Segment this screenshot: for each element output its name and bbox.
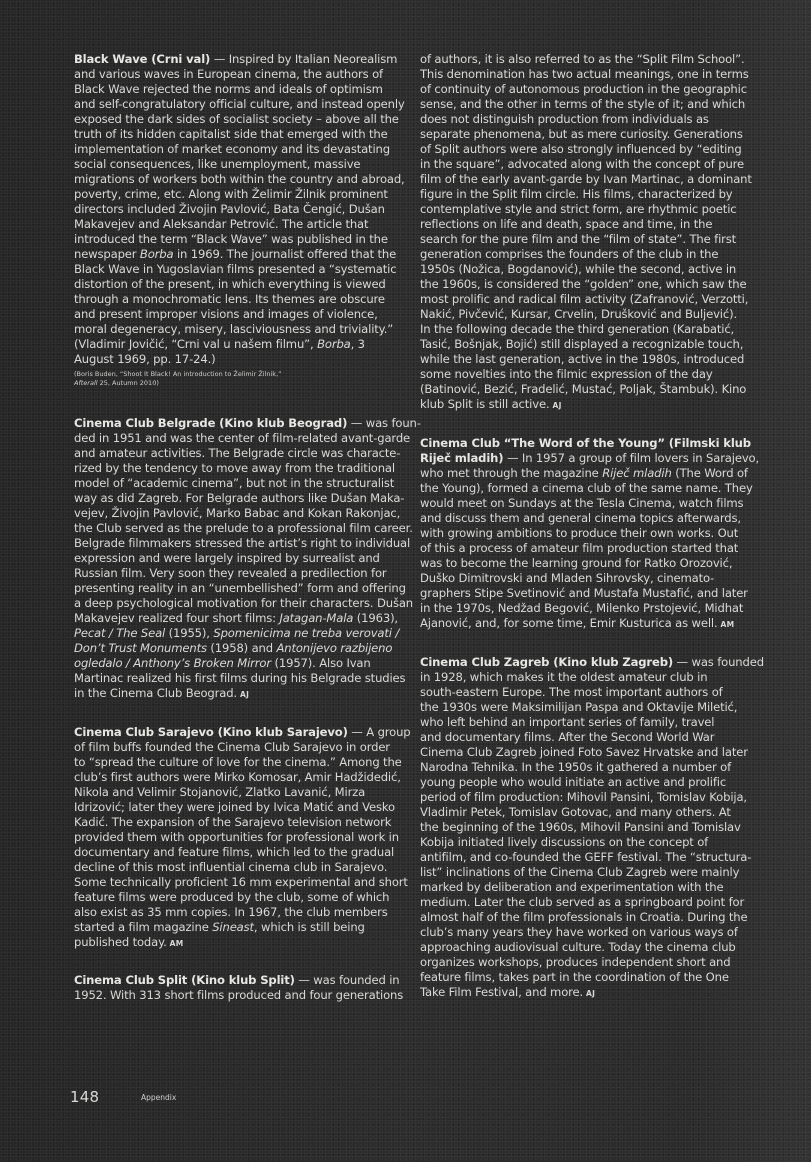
entry-line: distortion of the present, in which ever…	[74, 277, 404, 292]
entry-line: and amateur activities. The Belgrade cir…	[74, 446, 404, 461]
entry-line: and present improper visions and images …	[74, 307, 404, 322]
entry-line: almost half of the film professionals in…	[420, 910, 760, 925]
entry-line: ogledalo / Anthony’s Broken Mirror (1957…	[74, 656, 404, 671]
entry-line: a deep psychological motivation for thei…	[74, 596, 404, 611]
entry-line: Black Wave (Crni val) — Inspired by Ital…	[74, 52, 404, 67]
entry-line: club’s many years they have worked on va…	[420, 925, 760, 940]
entry-line: reflections on life and death, space and…	[420, 217, 760, 232]
citation-line: (Boris Buden, “Shoot It Black! An introd…	[74, 370, 404, 379]
entry-line: of Split authors were also strongly infl…	[420, 142, 760, 157]
entry-line: Black Wave in Yugoslavian films presente…	[74, 262, 404, 277]
entry-line: in the square”, advocated along with the…	[420, 157, 760, 172]
entry-line: antifilm, and co-founded the GEFF festiv…	[420, 850, 760, 865]
entry-line: moral degeneracy, misery, lasciviousness…	[74, 322, 404, 337]
entry-line: who met through the magazine Riječ mladi…	[420, 466, 760, 481]
source-citation: (Boris Buden, “Shoot It Black! An introd…	[74, 370, 404, 388]
entry-line: Duško Dimitrovski and Mladen Sihrovsky, …	[420, 571, 760, 586]
entry-line: Martinac realized his first films during…	[74, 671, 404, 686]
entry-line: way as did Zagreb. For Belgrade authors …	[74, 491, 404, 506]
page-number: 148	[70, 1088, 99, 1106]
entry-word-of-the-young: Cinema Club “The Word of the Young” (Fil…	[420, 436, 760, 631]
entry-line: presenting reality in an “unembellished”…	[74, 581, 404, 596]
entry-line: in 1928, which makes it the oldest amate…	[420, 670, 760, 685]
entry-line: figure in the Split film circle. His fil…	[420, 187, 760, 202]
entry-line: rized by the tendency to move away from …	[74, 461, 404, 476]
entry-line: list” inclinations of the Cinema Club Za…	[420, 865, 760, 880]
entry-line: ded in 1951 and was the center of film-r…	[74, 431, 404, 446]
entry-line: graphers Stipe Svetinović and Mustafa Mu…	[420, 586, 760, 601]
entry-line: provided them with opportunities for pro…	[74, 830, 404, 845]
entry-line: would meet on Sundays at the Tesla Cinem…	[420, 496, 760, 511]
entry-line: expression and were largely inspired by …	[74, 551, 404, 566]
entry-line: of film buffs founded the Cinema Club Sa…	[74, 740, 404, 755]
entry-line: organizes workshops, produces independen…	[420, 955, 760, 970]
entry-line: in the Cinema Club Beograd.AJ	[74, 686, 404, 701]
entry-line: This denomination has two actual meaning…	[420, 67, 760, 82]
entry-line: klub Split is still active.AJ	[420, 397, 760, 412]
entry-line: Cinema Club Split (Kino klub Split) — wa…	[74, 973, 404, 988]
italic-title: Antonijevo razbijeno	[276, 641, 392, 655]
entry-line: introduced the term “Black Wave” was pub…	[74, 232, 404, 247]
entry-line: Nakić, Pivčević, Kursar, Crvelin, Druško…	[420, 307, 760, 322]
entry-line: In the following decade the third genera…	[420, 322, 760, 337]
entry-cinema-club-sarajevo: Cinema Club Sarajevo (Kino klub Sarajevo…	[74, 725, 404, 950]
entry-line: also exist as 35 mm copies. In 1967, the…	[74, 905, 404, 920]
entry-title: Cinema Club Split (Kino klub Split)	[74, 973, 295, 987]
entry-cinema-club-belgrade: Cinema Club Belgrade (Kino klub Beograd)…	[74, 416, 404, 701]
entry-line: documentary and feature films, which led…	[74, 845, 404, 860]
entry-line: feature films, takes part in the coordin…	[420, 970, 760, 985]
left-column: Black Wave (Crni val) — Inspired by Ital…	[74, 52, 404, 1025]
entry-line: generation comprises the founders of the…	[420, 247, 760, 262]
entry-line: migrations of workers both within the co…	[74, 172, 404, 187]
entry-title: Cinema Club Sarajevo (Kino klub Sarajevo…	[74, 725, 348, 739]
author-initials: AM	[721, 620, 735, 629]
entry-line: vejev, Živojin Pavlović, Marko Babac and…	[74, 506, 404, 521]
entry-line: while the last generation, active in the…	[420, 352, 760, 367]
entry-line: Don’t Trust Monuments (1958) and Antonij…	[74, 641, 404, 656]
entry-line: medium. Later the club served as a sprin…	[420, 895, 760, 910]
entry-line: of this a process of amateur film produc…	[420, 541, 760, 556]
entry-line: club’s first authors were Mirko Komosar,…	[74, 770, 404, 785]
italic-title: Borba	[317, 337, 351, 351]
entry-line: 1952. With 313 short films produced and …	[74, 988, 404, 1003]
entry-line: Kadić. The expansion of the Sarajevo tel…	[74, 815, 404, 830]
entry-line: and documentary films. After the Second …	[420, 730, 760, 745]
entry-line: social consequences, like unemployment, …	[74, 157, 404, 172]
italic-title: Don’t Trust Monuments	[74, 641, 207, 655]
entry-line: Riječ mladih) — In 1957 a group of film …	[420, 451, 760, 466]
right-column: of authors, it is also referred to as th…	[420, 52, 760, 1022]
entry-line: of continuity of autonomous production i…	[420, 82, 760, 97]
entry-line: published today.AM	[74, 935, 404, 950]
entry-line: truth of its hidden capitalist side that…	[74, 127, 404, 142]
entry-line: Narodna Tehnika. In the 1950s it gathere…	[420, 760, 760, 775]
italic-title: Borba	[140, 247, 174, 261]
entry-line: Nikola and Velimir Stojanović, Zlatko La…	[74, 785, 404, 800]
section-label: Appendix	[141, 1093, 176, 1102]
entry-line: south-eastern Europe. The most important…	[420, 685, 760, 700]
entry-line: Cinema Club Belgrade (Kino klub Beograd)…	[74, 416, 404, 431]
italic-title: ogledalo / Anthony’s Broken Mirror	[74, 656, 271, 670]
italic-title: Pecat / The Seal	[74, 626, 165, 640]
entry-cinema-club-split-continued: of authors, it is also referred to as th…	[420, 52, 760, 412]
entry-line: search for the pure film and the “film o…	[420, 232, 760, 247]
entry-line: most prolific and radical film activity …	[420, 292, 760, 307]
entry-title: Cinema Club Zagreb (Kino klub Zagreb)	[420, 655, 673, 669]
entry-line: Belgrade filmmakers stressed the artist’…	[74, 536, 404, 551]
entry-line: does not distinguish production from ind…	[420, 112, 760, 127]
entry-line: Kobija initiated lively discussions on t…	[420, 835, 760, 850]
entry-line: to “spread the culture of love for the c…	[74, 755, 404, 770]
entry-line: Take Film Festival, and more.AJ	[420, 985, 760, 1000]
entry-line: August 1969, pp. 17-24.)	[74, 352, 404, 367]
entry-line: started a film magazine Sineast, which i…	[74, 920, 404, 935]
entry-line: film of the early avant-garde by Ivan Ma…	[420, 172, 760, 187]
entry-line: 1950s (Nožica, Bogdanović), while the se…	[420, 262, 760, 277]
entry-line: Black Wave rejected the norms and ideals…	[74, 82, 404, 97]
entry-line: with growing ambitions to produce their …	[420, 526, 760, 541]
entry-line: Ajanović, and, for some time, Emir Kustu…	[420, 616, 760, 631]
entry-cinema-club-zagreb: Cinema Club Zagreb (Kino klub Zagreb) — …	[420, 655, 760, 1000]
entry-line: and various waves in European cinema, th…	[74, 67, 404, 82]
entry-line: the Young), formed a cinema club of the …	[420, 481, 760, 496]
entry-line: Tasić, Bošnjak, Bojić) still displayed a…	[420, 337, 760, 352]
entry-line: exposed the dark sides of socialist soci…	[74, 112, 404, 127]
entry-line: the 1960s, is considered the “golden” on…	[420, 277, 760, 292]
entry-line: and self-congratulatory official culture…	[74, 97, 404, 112]
italic-title: Spomenicima ne treba verovati /	[213, 626, 399, 640]
entry-line: Cinema Club Sarajevo (Kino klub Sarajevo…	[74, 725, 404, 740]
author-initials: AJ	[240, 690, 249, 699]
entry-line: Cinema Club “The Word of the Young” (Fil…	[420, 436, 760, 451]
entry-line: feature films were produced by the club,…	[74, 890, 404, 905]
book-page: Black Wave (Crni val) — Inspired by Ital…	[0, 0, 811, 1162]
entry-line: separate phenomena, but as mere curiosit…	[420, 127, 760, 142]
italic-title: Riječ mladih	[602, 466, 671, 480]
entry-line: Some technically proficient 16 mm experi…	[74, 875, 404, 890]
entry-line: and discuss them and general cinema topi…	[420, 511, 760, 526]
entry-line: poverty, crime, etc. Along with Želimir …	[74, 187, 404, 202]
entry-line: young people who would initiate an activ…	[420, 775, 760, 790]
entry-line: Makavejev realized four short films: Jat…	[74, 611, 404, 626]
entry-line: the Club served as the prelude to a prof…	[74, 521, 404, 536]
entry-title: Riječ mladih)	[420, 451, 503, 465]
entry-line: through a monochromatic lens. Its themes…	[74, 292, 404, 307]
author-initials: AJ	[586, 989, 595, 998]
entry-line: contemplative style and strict form, are…	[420, 202, 760, 217]
entry-line: the 1930s were Maksimilijan Paspa and Ok…	[420, 700, 760, 715]
author-initials: AM	[170, 939, 184, 948]
entry-line: marked by deliberation and experimentati…	[420, 880, 760, 895]
entry-title: Cinema Club Belgrade (Kino klub Beograd)	[74, 416, 347, 430]
entry-line: Idrizović; later they were joined by Ivi…	[74, 800, 404, 815]
entry-line: Makavejev and Aleksandar Petrović. The a…	[74, 217, 404, 232]
entry-line: was to become the learning ground for Ra…	[420, 556, 760, 571]
entry-line: period of film production: Mihovil Pansi…	[420, 790, 760, 805]
entry-line: the beginning of the 1960s, Mihovil Pans…	[420, 820, 760, 835]
entry-line: Russian film. Very soon they revealed a …	[74, 566, 404, 581]
entry-line: model of “academic cinema”, but not in t…	[74, 476, 404, 491]
italic-title: Jatagan-Mala	[279, 611, 353, 625]
italic-title: Sineast	[212, 920, 254, 934]
citation-line: Afterall 25, Autumn 2010)	[74, 379, 404, 388]
entry-line: some novelties into the filmic expressio…	[420, 367, 760, 382]
author-initials: AJ	[552, 401, 561, 410]
entry-line: directors included Živojin Pavlović, Bat…	[74, 202, 404, 217]
entry-line: newspaper Borba in 1969. The journalist …	[74, 247, 404, 262]
entry-line: sense, and the other in terms of the sty…	[420, 97, 760, 112]
entry-line: Cinema Club Zagreb joined Foto Savez Hrv…	[420, 745, 760, 760]
entry-line: Pecat / The Seal (1955), Spomenicima ne …	[74, 626, 404, 641]
entry-line: in the 1970s, Nedžad Begović, Milenko Pr…	[420, 601, 760, 616]
entry-line: who left behind an important series of f…	[420, 715, 760, 730]
entry-line: Vladimir Petek, Tomislav Gotovac, and ma…	[420, 805, 760, 820]
entry-line: decline of this most influential cinema …	[74, 860, 404, 875]
entry-title: Cinema Club “The Word of the Young” (Fil…	[420, 436, 751, 450]
entry-title: Black Wave (Crni val)	[74, 52, 210, 66]
entry-line: implementation of market economy and its…	[74, 142, 404, 157]
entry-line: (Batinović, Bezić, Fradelić, Mustać, Pol…	[420, 382, 760, 397]
entry-line: (Vladimir Jovičić, “Crni val u našem fil…	[74, 337, 404, 352]
entry-line: of authors, it is also referred to as th…	[420, 52, 760, 67]
entry-black-wave: Black Wave (Crni val) — Inspired by Ital…	[74, 52, 404, 388]
entry-line: Cinema Club Zagreb (Kino klub Zagreb) — …	[420, 655, 760, 670]
entry-line: approaching audiovisual culture. Today t…	[420, 940, 760, 955]
entry-cinema-club-split: Cinema Club Split (Kino klub Split) — wa…	[74, 973, 404, 1003]
